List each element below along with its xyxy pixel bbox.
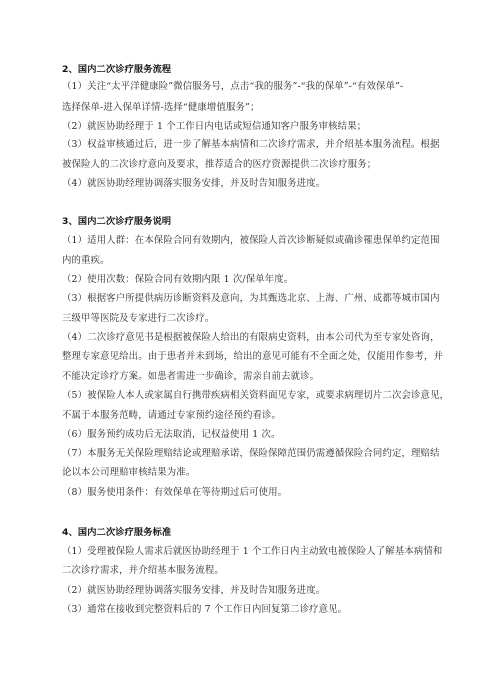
paragraph-line: （1）关注“太平洋健康险”微信服务号，点击“我的服务”-“我的保单”-“有效保单…	[62, 81, 434, 93]
paragraph-line: （1）适用人群：在本保险合同有效期内，被保险人首次诊断疑似或确诊罹患保单约定范围	[62, 235, 434, 247]
paragraph-line: 选择保单-进入保单详情-选择“健康增值服务”；	[62, 102, 434, 114]
document-page: 2、国内二次诊疗服务流程 （1）关注“太平洋健康险”微信服务号，点击“我的服务”…	[0, 0, 495, 700]
section-heading: 3、国内二次诊疗服务说明	[62, 216, 434, 228]
paragraph-line: （4）就医协助经理协调落实服务安排，并及时告知服务进度。	[62, 178, 434, 190]
paragraph-line: （2）就医协助经理协调落实服务安排，并及时告知服务进度。	[62, 585, 434, 597]
paragraph-line: 二次诊疗需求，并介绍基本服务流程。	[62, 565, 434, 577]
paragraph-line: （3）权益审核通过后，进一步了解基本病情和二次诊疗需求，并介绍基本服务流程。根据	[62, 139, 434, 151]
paragraph-line: 被保险人的二次诊疗意向及要求，推荐适合的医疗资源提供二次诊疗服务；	[62, 159, 434, 171]
paragraph-line: （1）受理被保险人需求后就医协助经理于 1 个工作日内主动致电被保险人了解基本病…	[62, 546, 434, 558]
paragraph-line: （6）服务预约成功后无法取消，记权益使用 1 次。	[62, 429, 434, 441]
paragraph-line: （7）本服务无关保险理赔结论或理赔承诺，保险保障范围仍需遵循保险合同约定，理赔结	[62, 448, 434, 460]
paragraph-line: （5）被保险人本人或家属自行携带疾病相关资料面见专家，或要求病理切片二次会诊意见…	[62, 390, 434, 402]
section-heading: 4、国内二次诊疗服务标准	[62, 527, 434, 539]
paragraph-line: 不能决定诊疗方案。如患者需进一步确诊，需亲自前去就诊。	[62, 371, 434, 383]
paragraph-line: 三级甲等医院及专家进行二次诊疗。	[62, 313, 434, 325]
paragraph-line: 不属于本服务范畴，请通过专家预约途径预约看诊。	[62, 410, 434, 422]
paragraph-line: 整理专家意见给出。由于患者并未到场，给出的意见可能有不全面之处，仅能用作参考，并	[62, 351, 434, 363]
paragraph-line: （4）二次诊疗意见书是根据被保险人给出的有限病史资料，由本公司代为至专家处咨询，	[62, 332, 434, 344]
section-heading: 2、国内二次诊疗服务流程	[62, 64, 434, 76]
paragraph-line: （3）通常在接收到完整资料后的 7 个工作日内回复第二诊疗意见。	[62, 604, 434, 616]
paragraph-line: （2）使用次数：保险合同有效期内限 1 次/保单年度。	[62, 274, 434, 286]
paragraph-line: （2）就医协助经理于 1 个工作日内电话或短信通知客户服务审核结果；	[62, 121, 434, 133]
paragraph-line: （8）服务使用条件：有效保单在等待期过后可使用。	[62, 487, 434, 499]
paragraph-line: 论以本公司理赔审核结果为准。	[62, 467, 434, 479]
paragraph-line: 内的重疾。	[62, 255, 434, 267]
paragraph-line: （3）根据客户所提供病历诊断资料及意向，为其甄选北京、上海、广州、成都等城市国内	[62, 293, 434, 305]
